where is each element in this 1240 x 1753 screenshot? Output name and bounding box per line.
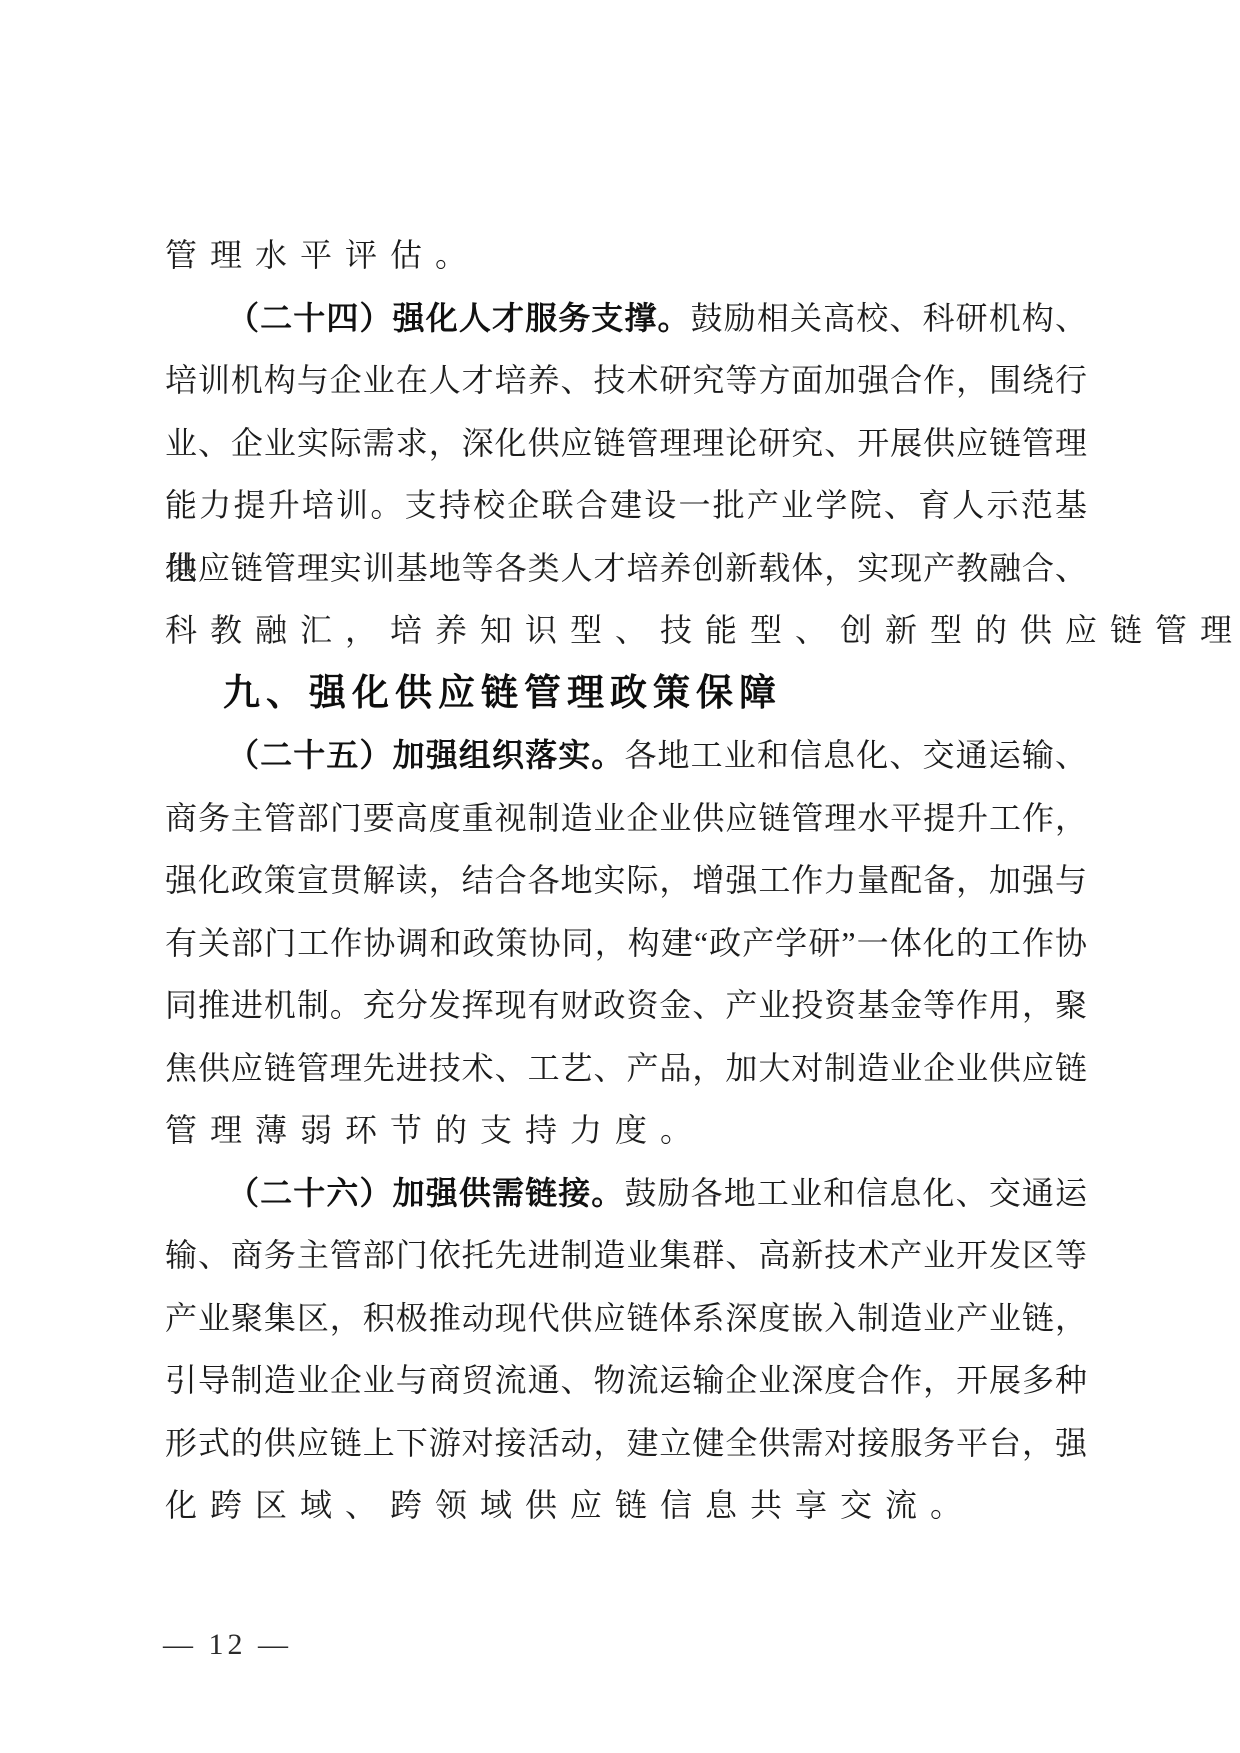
line-text: 输、商务主管部门依托先进制造业集群、高新技术产业开发区等 (165, 1237, 1087, 1273)
text-line: 输、商务主管部门依托先进制造业集群、高新技术产业开发区等 (165, 1224, 1087, 1287)
paragraph-lead-bold: （二十六）加强供需链接。 (227, 1175, 624, 1211)
line-text: 供应链管理实训基地等各类人才培养创新载体，实现产教融合、 (165, 550, 1087, 586)
line-text: 鼓励相关高校、科研机构、 (691, 300, 1087, 336)
text-line: 同推进机制。充分发挥现有财政资金、产业投资基金等作用，聚 (165, 974, 1087, 1037)
text-line: 科教融汇，培养知识型、技能型、创新型的供应链管理人才。 (165, 599, 1087, 662)
line-text: 有关部门工作协调和政策协同，构建“政产学研”一体化的工作协 (165, 925, 1087, 961)
text-line: （二十四）强化人才服务支撑。鼓励相关高校、科研机构、 (165, 287, 1087, 350)
line-text: 各地工业和信息化、交通运输、 (624, 737, 1087, 773)
line-text: 焦供应链管理先进技术、工艺、产品，加大对制造业企业供应链 (165, 1050, 1087, 1086)
text-line: 焦供应链管理先进技术、工艺、产品，加大对制造业企业供应链 (165, 1037, 1087, 1100)
text-line: 产业聚集区，积极推动现代供应链体系深度嵌入制造业产业链， (165, 1287, 1087, 1350)
line-text: 商务主管部门要高度重视制造业企业供应链管理水平提升工作， (165, 800, 1087, 836)
paragraph-lead-bold: （二十四）强化人才服务支撑。 (227, 300, 691, 336)
line-text: 强化政策宣贯解读，结合各地实际，增强工作力量配备，加强与 (165, 862, 1087, 898)
text-line: 能力提升培训。支持校企联合建设一批产业学院、育人示范基地、 (165, 474, 1087, 537)
line-text: 管理薄弱环节的支持力度。 (165, 1112, 705, 1148)
line-text: 鼓励各地工业和信息化、交通运 (624, 1175, 1087, 1211)
paragraph-lead-bold: （二十五）加强组织落实。 (227, 737, 624, 773)
text-line: 强化政策宣贯解读，结合各地实际，增强工作力量配备，加强与 (165, 849, 1087, 912)
text-line: 培训机构与企业在人才培养、技术研究等方面加强合作，围绕行 (165, 349, 1087, 412)
text-line: 供应链管理实训基地等各类人才培养创新载体，实现产教融合、 (165, 537, 1087, 600)
text-line: 有关部门工作协调和政策协同，构建“政产学研”一体化的工作协 (165, 912, 1087, 975)
section-heading-text: 九、强化供应链管理政策保障 (223, 672, 782, 713)
page-number: — 12 — (163, 1628, 292, 1661)
line-text: 引导制造业企业与商贸流通、物流运输企业深度合作，开展多种 (165, 1362, 1087, 1398)
line-text: 化跨区域、跨领域供应链信息共享交流。 (165, 1487, 975, 1523)
document-body: 管理水平评估。 （二十四）强化人才服务支撑。鼓励相关高校、科研机构、 培训机构与… (165, 224, 1087, 1537)
line-text: 同推进机制。充分发挥现有财政资金、产业投资基金等作用，聚 (165, 987, 1087, 1023)
text-line: 形式的供应链上下游对接活动，建立健全供需对接服务平台，强 (165, 1412, 1087, 1475)
line-text: 科教融汇，培养知识型、技能型、创新型的供应链管理人才。 (165, 612, 1240, 648)
line-text: 产业聚集区，积极推动现代供应链体系深度嵌入制造业产业链， (165, 1300, 1087, 1336)
text-line: 商务主管部门要高度重视制造业企业供应链管理水平提升工作， (165, 787, 1087, 850)
document-page: 管理水平评估。 （二十四）强化人才服务支撑。鼓励相关高校、科研机构、 培训机构与… (0, 0, 1240, 1753)
line-text: 业、企业实际需求，深化供应链管理理论研究、开展供应链管理 (165, 425, 1087, 461)
text-line: 管理水平评估。 (165, 224, 1087, 287)
text-line: （二十五）加强组织落实。各地工业和信息化、交通运输、 (165, 724, 1087, 787)
text-line: 管理薄弱环节的支持力度。 (165, 1099, 1087, 1162)
line-text: 形式的供应链上下游对接活动，建立健全供需对接服务平台，强 (165, 1425, 1087, 1461)
line-text: 培训机构与企业在人才培养、技术研究等方面加强合作，围绕行 (165, 362, 1087, 398)
text-line: 业、企业实际需求，深化供应链管理理论研究、开展供应链管理 (165, 412, 1087, 475)
section-heading: 九、强化供应链管理政策保障 (165, 662, 1087, 725)
text-line: 引导制造业企业与商贸流通、物流运输企业深度合作，开展多种 (165, 1349, 1087, 1412)
line-text: 管理水平评估。 (165, 237, 480, 273)
text-line: 化跨区域、跨领域供应链信息共享交流。 (165, 1474, 1087, 1537)
text-line: （二十六）加强供需链接。鼓励各地工业和信息化、交通运 (165, 1162, 1087, 1225)
page-footer: — 12 — (163, 1628, 292, 1662)
